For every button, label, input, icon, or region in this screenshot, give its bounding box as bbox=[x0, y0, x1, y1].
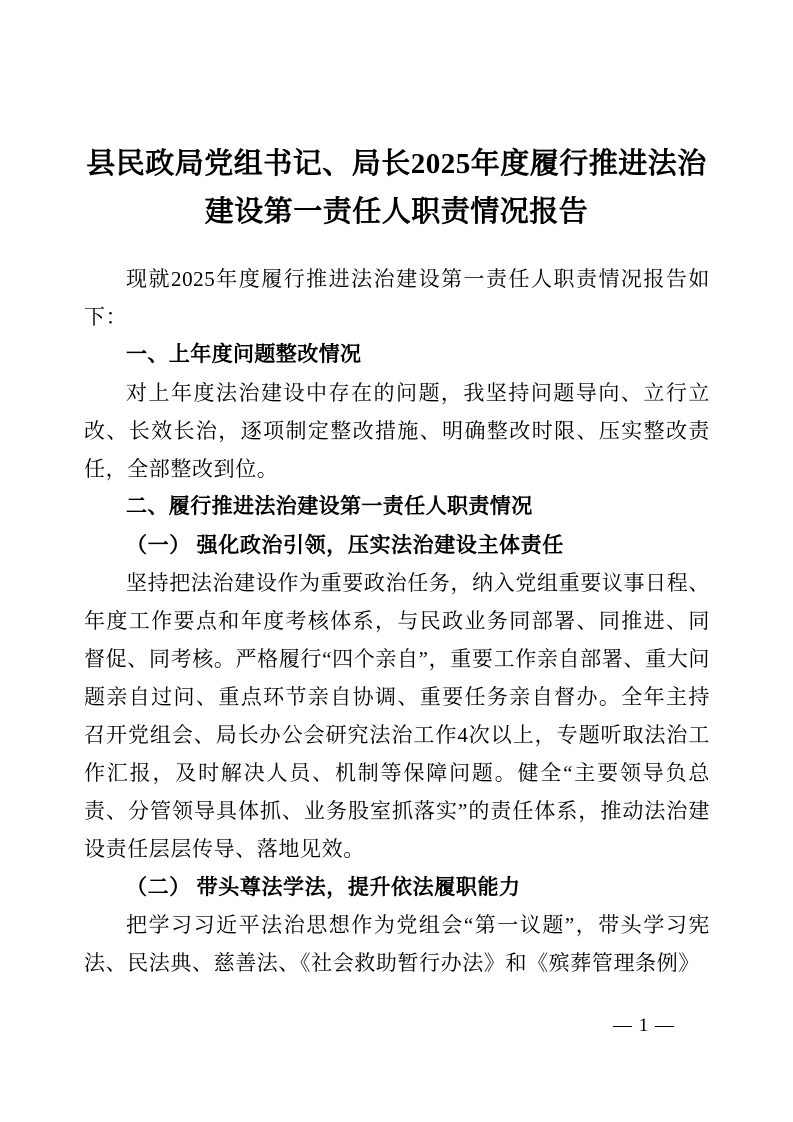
page-number: — 1 — bbox=[613, 1014, 675, 1038]
body-heading2: （一） 强化政治引领，压实法治建设主体责任 bbox=[84, 526, 710, 564]
body-heading2: （二） 带头尊法学法，提升依法履职能力 bbox=[84, 868, 710, 906]
body-paragraph: 对上年度法治建设中存在的问题，我坚持问题导向、立行立改、长效长治，逐项制定整改措… bbox=[84, 374, 710, 488]
body-heading1: 二、履行推进法治建设第一责任人职责情况 bbox=[84, 488, 710, 526]
document-title: 县民政局党组书记、局长2025年度履行推进法治建设第一责任人职责情况报告 bbox=[84, 140, 709, 236]
body-paragraph: 把学习习近平法治思想作为党组会“第一议题”，带头学习宪法、民法典、慈善法、《社会… bbox=[84, 906, 710, 982]
body-heading1: 一、上年度问题整改情况 bbox=[84, 336, 710, 374]
document-page: 县民政局党组书记、局长2025年度履行推进法治建设第一责任人职责情况报告 现就2… bbox=[0, 0, 793, 1122]
document-body: 现就2025年度履行推进法治建设第一责任人职责情况报告如下：一、上年度问题整改情… bbox=[84, 260, 710, 982]
body-paragraph: 现就2025年度履行推进法治建设第一责任人职责情况报告如下： bbox=[84, 260, 710, 336]
body-paragraph: 坚持把法治建设作为重要政治任务，纳入党组重要议事日程、年度工作要点和年度考核体系… bbox=[84, 564, 710, 868]
